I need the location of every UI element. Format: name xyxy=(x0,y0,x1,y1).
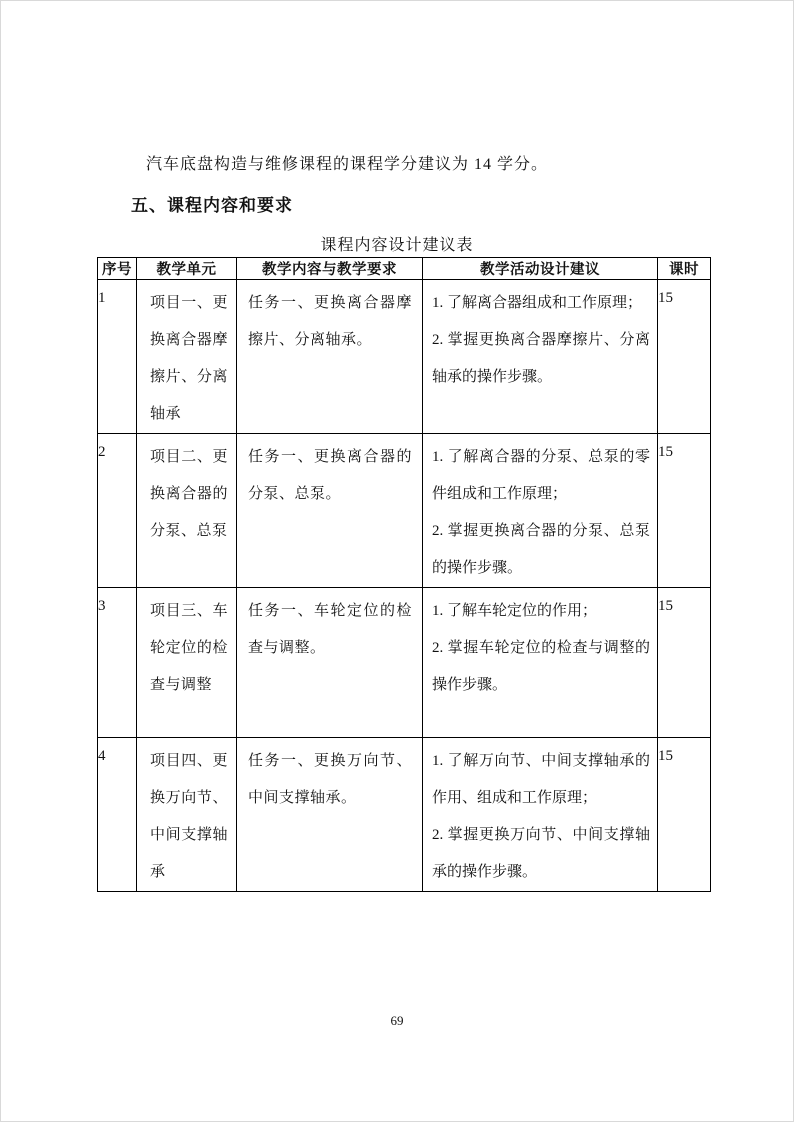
cell-teaching-unit: 项目四、更换万向节、中间支撑轴承 xyxy=(137,738,237,892)
cell-serial-number: 4 xyxy=(98,738,137,892)
table-row: 1项目一、更换离合器摩擦片、分离轴承任务一、更换离合器摩擦片、分离轴承。1. 了… xyxy=(98,280,711,434)
header-teaching-unit: 教学单元 xyxy=(137,258,237,280)
cell-activity-suggestions: 1. 了解离合器组成和工作原理；2. 掌握更换离合器摩擦片、分离轴承的操作步骤。 xyxy=(423,280,658,434)
activity-line: 1. 了解车轮定位的作用； xyxy=(432,593,650,630)
section-heading: 五、课程内容和要求 xyxy=(131,191,293,216)
header-activity-design-suggestions: 教学活动设计建议 xyxy=(423,258,658,280)
cell-serial-number: 3 xyxy=(98,588,137,738)
cell-class-hours: 15 xyxy=(658,738,711,892)
cell-teaching-content: 任务一、车轮定位的检查与调整。 xyxy=(237,588,423,738)
cell-activity-suggestions: 1. 了解车轮定位的作用；2. 掌握车轮定位的检查与调整的操作步骤。 xyxy=(423,588,658,738)
cell-class-hours: 15 xyxy=(658,280,711,434)
cell-teaching-unit: 项目一、更换离合器摩擦片、分离轴承 xyxy=(137,280,237,434)
cell-class-hours: 15 xyxy=(658,588,711,738)
table-row: 2项目二、更换离合器的分泵、总泵任务一、更换离合器的分泵、总泵。1. 了解离合器… xyxy=(98,434,711,588)
table-row: 3项目三、车轮定位的检查与调整任务一、车轮定位的检查与调整。1. 了解车轮定位的… xyxy=(98,588,711,738)
header-teaching-content-requirements: 教学内容与教学要求 xyxy=(237,258,423,280)
cell-class-hours: 15 xyxy=(658,434,711,588)
activity-line: 2. 掌握更换万向节、中间支撑轴承的操作步骤。 xyxy=(432,817,650,891)
table-title: 课程内容设计建议表 xyxy=(1,232,793,255)
page-number: 69 xyxy=(1,1013,793,1029)
cell-serial-number: 2 xyxy=(98,434,137,588)
header-class-hours: 课时 xyxy=(658,258,711,280)
cell-teaching-content: 任务一、更换离合器的分泵、总泵。 xyxy=(237,434,423,588)
intro-paragraph: 汽车底盘构造与维修课程的课程学分建议为 14 学分。 xyxy=(146,151,706,174)
header-serial-number: 序号 xyxy=(98,258,137,280)
document-page: { "page": { "intro_text": "汽车底盘构造与维修课程的课… xyxy=(0,0,794,1122)
cell-serial-number: 1 xyxy=(98,280,137,434)
cell-activity-suggestions: 1. 了解离合器的分泵、总泵的零件组成和工作原理；2. 掌握更换离合器的分泵、总… xyxy=(423,434,658,588)
table-header-row: 序号 教学单元 教学内容与教学要求 教学活动设计建议 课时 xyxy=(98,258,711,280)
table-body: 1项目一、更换离合器摩擦片、分离轴承任务一、更换离合器摩擦片、分离轴承。1. 了… xyxy=(98,280,711,892)
table-row: 4项目四、更换万向节、中间支撑轴承任务一、更换万向节、中间支撑轴承。1. 了解万… xyxy=(98,738,711,892)
activity-line: 2. 掌握更换离合器的分泵、总泵的操作步骤。 xyxy=(432,513,650,587)
activity-line: 1. 了解离合器的分泵、总泵的零件组成和工作原理； xyxy=(432,439,650,513)
course-content-table: 序号 教学单元 教学内容与教学要求 教学活动设计建议 课时 1项目一、更换离合器… xyxy=(97,257,711,892)
cell-teaching-content: 任务一、更换离合器摩擦片、分离轴承。 xyxy=(237,280,423,434)
cell-activity-suggestions: 1. 了解万向节、中间支撑轴承的作用、组成和工作原理；2. 掌握更换万向节、中间… xyxy=(423,738,658,892)
cell-teaching-unit: 项目二、更换离合器的分泵、总泵 xyxy=(137,434,237,588)
activity-line: 1. 了解离合器组成和工作原理； xyxy=(432,285,650,322)
activity-line: 2. 掌握更换离合器摩擦片、分离轴承的操作步骤。 xyxy=(432,322,650,396)
cell-teaching-content: 任务一、更换万向节、中间支撑轴承。 xyxy=(237,738,423,892)
activity-line: 1. 了解万向节、中间支撑轴承的作用、组成和工作原理； xyxy=(432,743,650,817)
cell-teaching-unit: 项目三、车轮定位的检查与调整 xyxy=(137,588,237,738)
activity-line: 2. 掌握车轮定位的检查与调整的操作步骤。 xyxy=(432,630,650,704)
